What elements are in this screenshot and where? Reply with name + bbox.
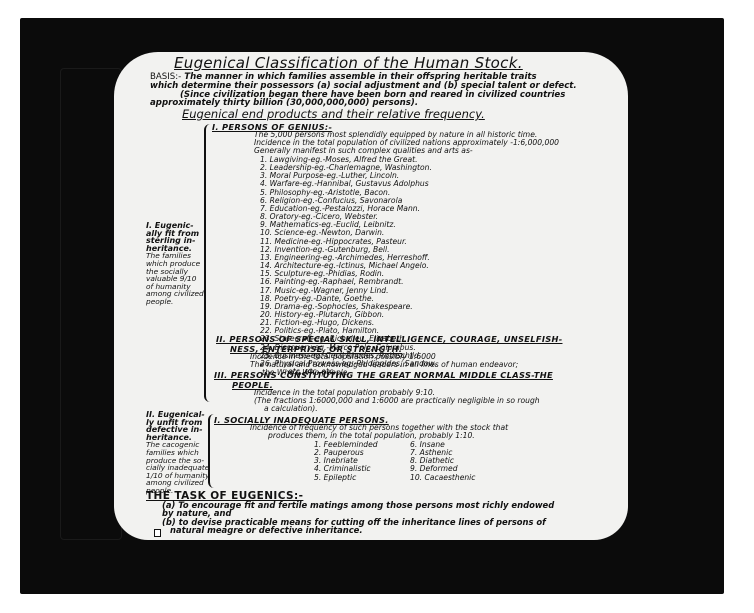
basis-paragraph: BASIS:- The manner in which families ass… [150, 73, 577, 108]
group-desc-line: people. [146, 298, 204, 306]
text-line: produces them, in the total population, … [250, 432, 508, 440]
frame-bevel [60, 68, 122, 540]
slide-corner-mark [154, 529, 161, 537]
task-text: (a) To encourage fit and fertile matings… [162, 501, 554, 534]
group-1-label: I. Eugenic- ally fit from sterling in- h… [146, 222, 204, 306]
slide-plate: Eugenical Classification of the Human St… [114, 52, 628, 540]
slide-subtitle: Eugenical end products and their relativ… [182, 107, 485, 121]
brace-group-1 [204, 124, 212, 402]
list-item: 10. Cacaesthenic [410, 474, 502, 482]
inadequate-col-left: 1. Feebleminded 2. Pauperous 3. Inebriat… [314, 441, 406, 482]
group-2-label: II. Eugenical- ly unfit from defective i… [146, 411, 210, 495]
section-3-text: Incidence in the total population probab… [254, 389, 540, 413]
task-line: natural meagre or defective inheritance. [162, 526, 554, 534]
heading-line: III. PERSONS CONSTITUTING THE GREAT NORM… [214, 370, 553, 380]
text-line: a calculation). [254, 405, 540, 413]
section-1-intro: The 5,000 persons most splendidly equipp… [254, 131, 559, 155]
section-2-heading: II. PERSONS OF SPECIAL SKILL, INTELLIGEN… [216, 334, 562, 354]
intro-line: Generally manifest in such complex quali… [254, 147, 559, 155]
inadequate-list: 1. Feebleminded 2. Pauperous 3. Inebriat… [314, 441, 502, 482]
section-3-heading: III. PERSONS CONSTITUTING THE GREAT NORM… [214, 370, 553, 390]
section-4-text: Incidence of frequency of such persons t… [250, 424, 508, 440]
inadequate-col-right: 6. Insane 7. Asthenic 8. Diathetic 9. De… [410, 441, 502, 482]
list-item: 5. Epileptic [314, 474, 406, 482]
heading-line: II. PERSONS OF SPECIAL SKILL, INTELLIGEN… [216, 334, 562, 344]
slide-title: Eugenical Classification of the Human St… [174, 54, 523, 72]
